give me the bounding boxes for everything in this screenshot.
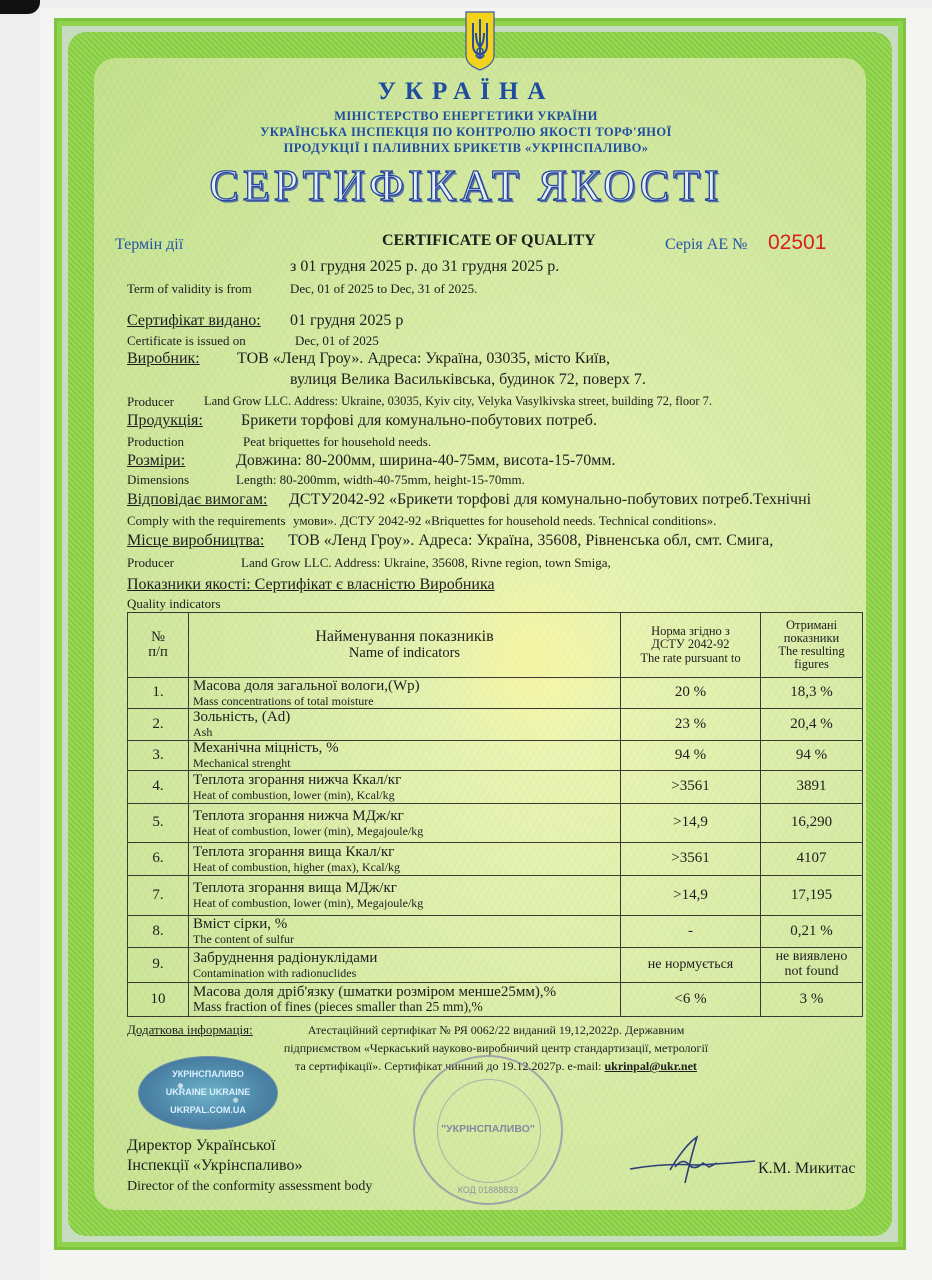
indicator-norm: >14,9: [621, 876, 761, 916]
indicator-result: 16,290: [761, 804, 863, 843]
table-row: 9.Забруднення радіонуклідамиContaminatio…: [128, 948, 863, 983]
row-number: 1.: [128, 678, 189, 709]
indicator-result: 17,195: [761, 876, 863, 916]
quality-label-en: Quality indicators: [127, 596, 221, 612]
indicator-name: Зольність, (Ad)Ash: [189, 709, 621, 741]
production-site-value-en: Land Grow LLC. Address: Ukraine, 35608, …: [241, 555, 611, 571]
table-row: 8.Вміст сірки, %The content of sulfur-0,…: [128, 916, 863, 948]
producer-value-en: Land Grow LLC. Address: Ukraine, 03035, …: [204, 394, 712, 409]
indicator-result: не виявленоnot found: [761, 948, 863, 983]
row-number: 5.: [128, 804, 189, 843]
producer-value-ua-line2: вулиця Велика Васильківська, будинок 72,…: [290, 371, 646, 389]
table-header-row: № п/п Найменування показників Name of in…: [128, 613, 863, 678]
producer-value-ua-line1: ТОВ «Ленд Гроу». Адреса: Україна, 03035,…: [237, 350, 610, 368]
requirements-label-ua: Відповідає вимогам:: [127, 491, 267, 509]
inspection-name-line1: УКРАЇНСЬКА ІНСПЕКЦІЯ ПО КОНТРОЛЮ ЯКОСТІ …: [0, 125, 932, 140]
row-number: 4.: [128, 771, 189, 804]
dimensions-value-en: Length: 80-200mm, width-40-75mm, height-…: [236, 472, 525, 488]
indicator-result: 3 %: [761, 983, 863, 1017]
requirements-label-en: Comply with the requirements: [127, 513, 286, 529]
table-row: 1.Масова доля загальної вологи,(Wp)Mass …: [128, 678, 863, 709]
row-number: 8.: [128, 916, 189, 948]
indicator-name: Теплота згорання нижча Ккал/кгHeat of co…: [189, 771, 621, 804]
scan-edge-shadow: [0, 0, 40, 14]
ministry-name: МІНІСТЕРСТВО ЕНЕРГЕТИКИ УКРАЇНИ: [0, 109, 932, 124]
additional-info-line1: Атестаційний сертифікат № РЯ 0062/22 вид…: [0, 1023, 932, 1038]
indicator-name: Теплота згорання вища МДж/кгHeat of comb…: [189, 876, 621, 916]
table-row: 3.Механічна міцність, %Mechanical streng…: [128, 741, 863, 771]
validity-period-ua: з 01 грудня 2025 р. до 31 грудня 2025 р.: [290, 258, 559, 276]
indicator-norm: >14,9: [621, 804, 761, 843]
production-value-en: Peat briquettes for household needs.: [243, 434, 431, 450]
column-header-name: Найменування показників Name of indicato…: [189, 613, 621, 678]
row-number: 7.: [128, 876, 189, 916]
production-site-label-en: Producer: [127, 555, 174, 571]
series-number: 02501: [768, 231, 826, 255]
production-label-ua: Продукція:: [127, 412, 203, 430]
column-header-number: № п/п: [128, 613, 189, 678]
requirements-value-en: умови». ДСТУ 2042-92 «Briquettes for hou…: [293, 513, 716, 529]
table-row: 10Масова доля дріб'язку (шматки розміром…: [128, 983, 863, 1017]
row-number: 6.: [128, 843, 189, 876]
indicator-norm: <6 %: [621, 983, 761, 1017]
validity-label-en: Term of validity is from: [127, 281, 252, 297]
quality-label-ua: Показники якості: Сертифікат є власністю…: [127, 576, 495, 594]
producer-label-en: Producer: [127, 394, 174, 410]
certificate-title: СЕРТИФІКАТ ЯКОСТІ: [0, 160, 932, 211]
indicator-result: 3891: [761, 771, 863, 804]
email-link[interactable]: ukrinpal@ukr.net: [605, 1059, 697, 1073]
certificate-title-en: CERTIFICATE OF QUALITY: [382, 232, 596, 250]
indicator-name: Теплота згорання нижча МДж/кгHeat of com…: [189, 804, 621, 843]
row-number: 2.: [128, 709, 189, 741]
issued-value-en: Dec, 01 of 2025: [295, 333, 379, 349]
validity-label-ua: Термін дії: [115, 236, 183, 254]
validity-period-en: Dec, 01 of 2025 to Dec, 31 of 2025.: [290, 281, 477, 297]
row-number: 9.: [128, 948, 189, 983]
requirements-value-ua: ДСТУ2042-92 «Брикети торфові для комунал…: [289, 491, 811, 509]
signatory-title-ua-line2: Інспекції «Укрінспаливо»: [127, 1157, 302, 1175]
signatory-name: К.М. Микитас: [758, 1160, 855, 1178]
production-site-value-ua: ТОВ «Ленд Гроу». Адреса: Україна, 35608,…: [288, 532, 773, 550]
additional-info-line2: підприємством «Черкаський науково-виробн…: [0, 1041, 932, 1056]
signature-icon: [625, 1135, 760, 1185]
indicator-result: 18,3 %: [761, 678, 863, 709]
quality-indicators-table: № п/п Найменування показників Name of in…: [127, 612, 863, 1017]
indicator-result: 94 %: [761, 741, 863, 771]
hologram-seal: УКРІНСПАЛИВО UKRAINE UKRAINE UKRPAL.COM.…: [138, 1056, 278, 1130]
ukraine-coat-of-arms-icon: [465, 11, 495, 71]
indicator-name: Масова доля дріб'язку (шматки розміром м…: [189, 983, 621, 1017]
issued-label-ua: Сертифікат видано:: [127, 312, 261, 330]
official-stamp: "УКРІНСПАЛИВО" КОД 01888833: [413, 1055, 563, 1205]
indicator-norm: -: [621, 916, 761, 948]
signatory-title-en: Director of the conformity assessment bo…: [127, 1179, 372, 1195]
issued-label-en: Certificate is issued on: [127, 333, 246, 349]
indicator-result: 4107: [761, 843, 863, 876]
indicator-norm: 20 %: [621, 678, 761, 709]
dimensions-label-ua: Розміри:: [127, 452, 185, 470]
indicator-name: Забруднення радіонуклідамиContamination …: [189, 948, 621, 983]
column-header-norm: Норма згідно з ДСТУ 2042-92 The rate pur…: [621, 613, 761, 678]
production-site-label-ua: Місце виробництва:: [127, 532, 264, 550]
row-number: 10: [128, 983, 189, 1017]
producer-label-ua: Виробник:: [127, 350, 200, 368]
indicator-norm: 94 %: [621, 741, 761, 771]
indicator-result: 20,4 %: [761, 709, 863, 741]
table-row: 7.Теплота згорання вища МДж/кгHeat of co…: [128, 876, 863, 916]
indicator-name: Вміст сірки, %The content of sulfur: [189, 916, 621, 948]
table-row: 2.Зольність, (Ad)Ash23 %20,4 %: [128, 709, 863, 741]
production-label-en: Production: [127, 434, 184, 450]
series-label: Серія АЕ №: [665, 236, 747, 254]
column-header-result: Отримані показники The resulting figures: [761, 613, 863, 678]
indicator-norm: 23 %: [621, 709, 761, 741]
indicator-name: Масова доля загальної вологи,(Wp)Mass co…: [189, 678, 621, 709]
signatory-title-ua-line1: Директор Української: [127, 1137, 276, 1155]
production-value-ua: Брикети торфові для комунально-побутових…: [241, 412, 597, 430]
row-number: 3.: [128, 741, 189, 771]
table-row: 5.Теплота згорання нижча МДж/кгHeat of c…: [128, 804, 863, 843]
indicator-name: Теплота згорання вища Ккал/кгHeat of com…: [189, 843, 621, 876]
indicator-result: 0,21 %: [761, 916, 863, 948]
indicator-norm: >3561: [621, 771, 761, 804]
indicator-name: Механічна міцність, %Mechanical strenght: [189, 741, 621, 771]
dimensions-label-en: Dimensions: [127, 472, 189, 488]
issued-value-ua: 01 грудня 2025 р: [290, 312, 403, 330]
indicator-norm: не нормується: [621, 948, 761, 983]
inspection-name-line2: ПРОДУКЦІЇ І ПАЛИВНИХ БРИКЕТІВ «УКРІНСПАЛ…: [0, 141, 932, 156]
country-title: УКРАЇНА: [0, 78, 932, 106]
indicator-norm: >3561: [621, 843, 761, 876]
table-row: 4.Теплота згорання нижча Ккал/кгHeat of …: [128, 771, 863, 804]
dimensions-value-ua: Довжина: 80-200мм, ширина-40-75мм, висот…: [236, 452, 616, 470]
table-row: 6.Теплота згорання вища Ккал/кгHeat of c…: [128, 843, 863, 876]
